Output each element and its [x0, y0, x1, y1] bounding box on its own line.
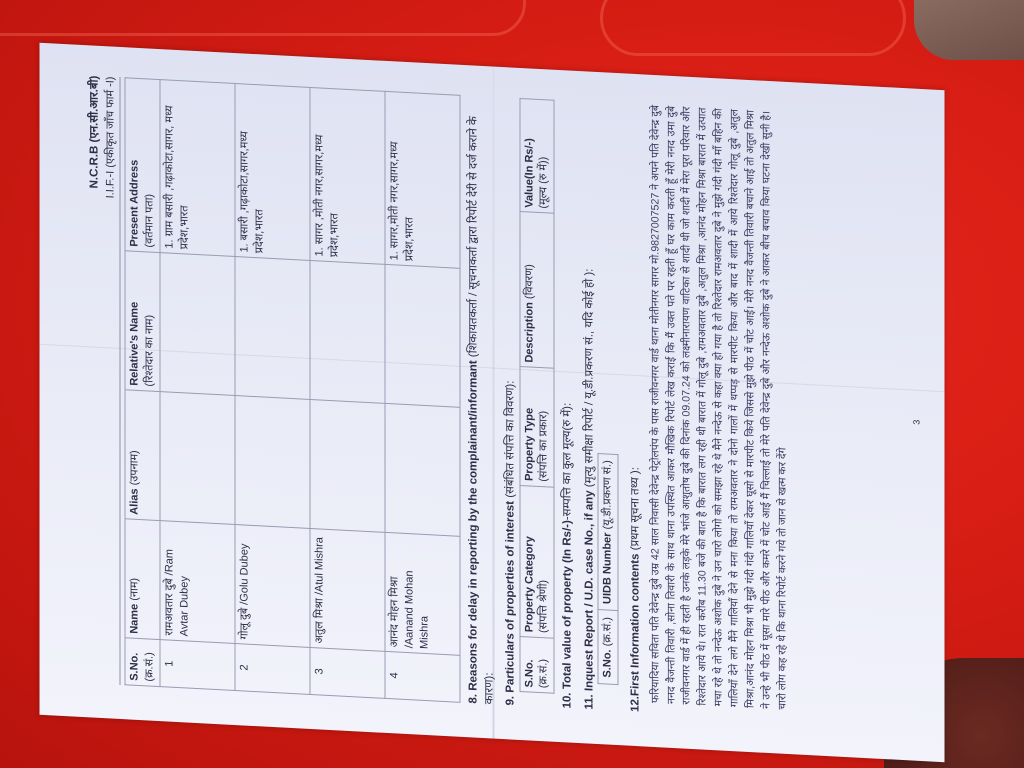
cell-sno: 2 [235, 644, 310, 695]
org-title: N.C.R.B (एन.सी.आर.बी) [88, 75, 104, 684]
cell-relative [235, 257, 310, 400]
properties-table: S.No.(क्र.सं.) Property Category(संपत्ति… [519, 98, 555, 694]
table-row: 1 रामअवतार दुबे /Ram Avtar Dubey 1. ग्रा… [160, 80, 235, 691]
col-description: Description (विवरण) [520, 212, 555, 369]
cell-sno: 4 [385, 651, 460, 702]
cell-alias [385, 403, 460, 536]
table-row: 3 अतुल मिश्रा /Atul Mishra 1. सागर ,मोती… [310, 87, 385, 698]
cell-name: रामअवतार दुबे /Ram Avtar Dubey [160, 521, 235, 644]
cell-name: गोलू दुबे /Golu Dubey [235, 525, 310, 648]
cell-address: 1. बसारी ,गढ़ाकोटा,सागर,मध्य प्रदेश,भारत [235, 84, 310, 261]
page-number: 3 [910, 419, 922, 425]
col-sno: S.No.(क्र.सं.) [125, 638, 160, 687]
col-uidb-number: UIDB Number (यू.डी.प्रकरण सं.) [598, 453, 618, 611]
cell-address: 1. सागर ,मोती नगर,सागर,मध्य प्रदेश,भारत [310, 87, 385, 264]
document-photo: N.C.R.B (एन.सी.आर.बी) I.I.F.-I (एकीकृत ज… [40, 66, 945, 738]
floor-background [914, 0, 1024, 60]
col-relative: Relative's Name(रिश्तेदार का नाम) [125, 251, 160, 392]
divider [120, 77, 121, 685]
cell-name: आनंद मोहन मिश्रा /Aanand Mohan Mishra [385, 532, 460, 655]
col-property-category: Property Category(संपत्ति श्रेणी) [520, 485, 555, 638]
fir-narrative-text: फरियादिया सविता पति देवेन्द्र दुबे उम्र … [648, 105, 791, 720]
chair-groove [0, 0, 526, 36]
col-property-type: Property Type(संपत्ति का प्रकार) [520, 367, 555, 487]
table-row: 4 आनंद मोहन मिश्रा /Aanand Mohan Mishra … [385, 91, 460, 702]
section-8-delay-reasons: 8. Reasons for delay in reporting by the… [467, 95, 498, 705]
accused-table: S.No.(क्र.सं.) Name (नाम) Alias (उपनाम) … [125, 77, 461, 703]
col-address: Present Address(वर्तमान पता) [125, 78, 160, 253]
col-name: Name (नाम) [125, 519, 160, 640]
table-header-row: S.No. (क्र.सं.) UIDB Number (यू.डी.प्रकर… [598, 453, 618, 684]
cell-address: 1. सागर,मोती नगर,सागर,मध्य प्रदेश,भारत [385, 91, 460, 268]
form-title: I.I.F.-I (एकीकृत जाँच फार्म -I) [103, 76, 118, 685]
section-9-properties: 9. Particulars of properties of interest… [504, 97, 520, 706]
cell-alias [160, 392, 235, 525]
col-value: Value(In Rs/-)(मूल्य (रु में)) [520, 98, 555, 213]
fir-document-page: N.C.R.B (एन.सी.आर.बी) I.I.F.-I (एकीकृत ज… [40, 43, 945, 762]
cell-sno: 1 [160, 640, 235, 691]
col-alias: Alias (उपनाम) [125, 390, 160, 521]
cell-relative [160, 253, 235, 396]
cell-name: अतुल मिश्रा /Atul Mishra [310, 528, 385, 651]
cell-address: 1. ग्राम बसारी ,गढ़ाकोटा,सागर, मध्य प्रद… [160, 80, 235, 257]
cell-relative [310, 260, 385, 403]
table-row: 2 गोलू दुबे /Golu Dubey 1. बसारी ,गढ़ाको… [235, 84, 310, 695]
section-11-inquest-report: 11. Inquest Report / U.D. case No., if a… [582, 101, 598, 710]
table-header-row: S.No.(क्र.सं.) Property Category(संपत्ति… [520, 98, 555, 693]
form-header: N.C.R.B (एन.सी.आर.बी) I.I.F.-I (एकीकृत ज… [88, 75, 118, 685]
col-sno: S.No. (क्र.सं.) [598, 610, 618, 685]
section-12-fir-contents: 12.First Information contents (प्रथम सूच… [629, 104, 645, 713]
col-sno: S.No.(क्र.सं.) [520, 636, 555, 693]
cell-alias [310, 399, 385, 532]
uidb-table: S.No. (क्र.सं.) UIDB Number (यू.डी.प्रकर… [598, 453, 619, 685]
cell-sno: 3 [310, 647, 385, 698]
cell-relative [385, 264, 460, 407]
chair-groove [600, 0, 906, 56]
section-10-total-value: 10. Total value of property (In Rs/-)-सम… [561, 100, 577, 709]
table-header-row: S.No.(क्र.सं.) Name (नाम) Alias (उपनाम) … [125, 78, 160, 687]
cell-alias [235, 396, 310, 529]
